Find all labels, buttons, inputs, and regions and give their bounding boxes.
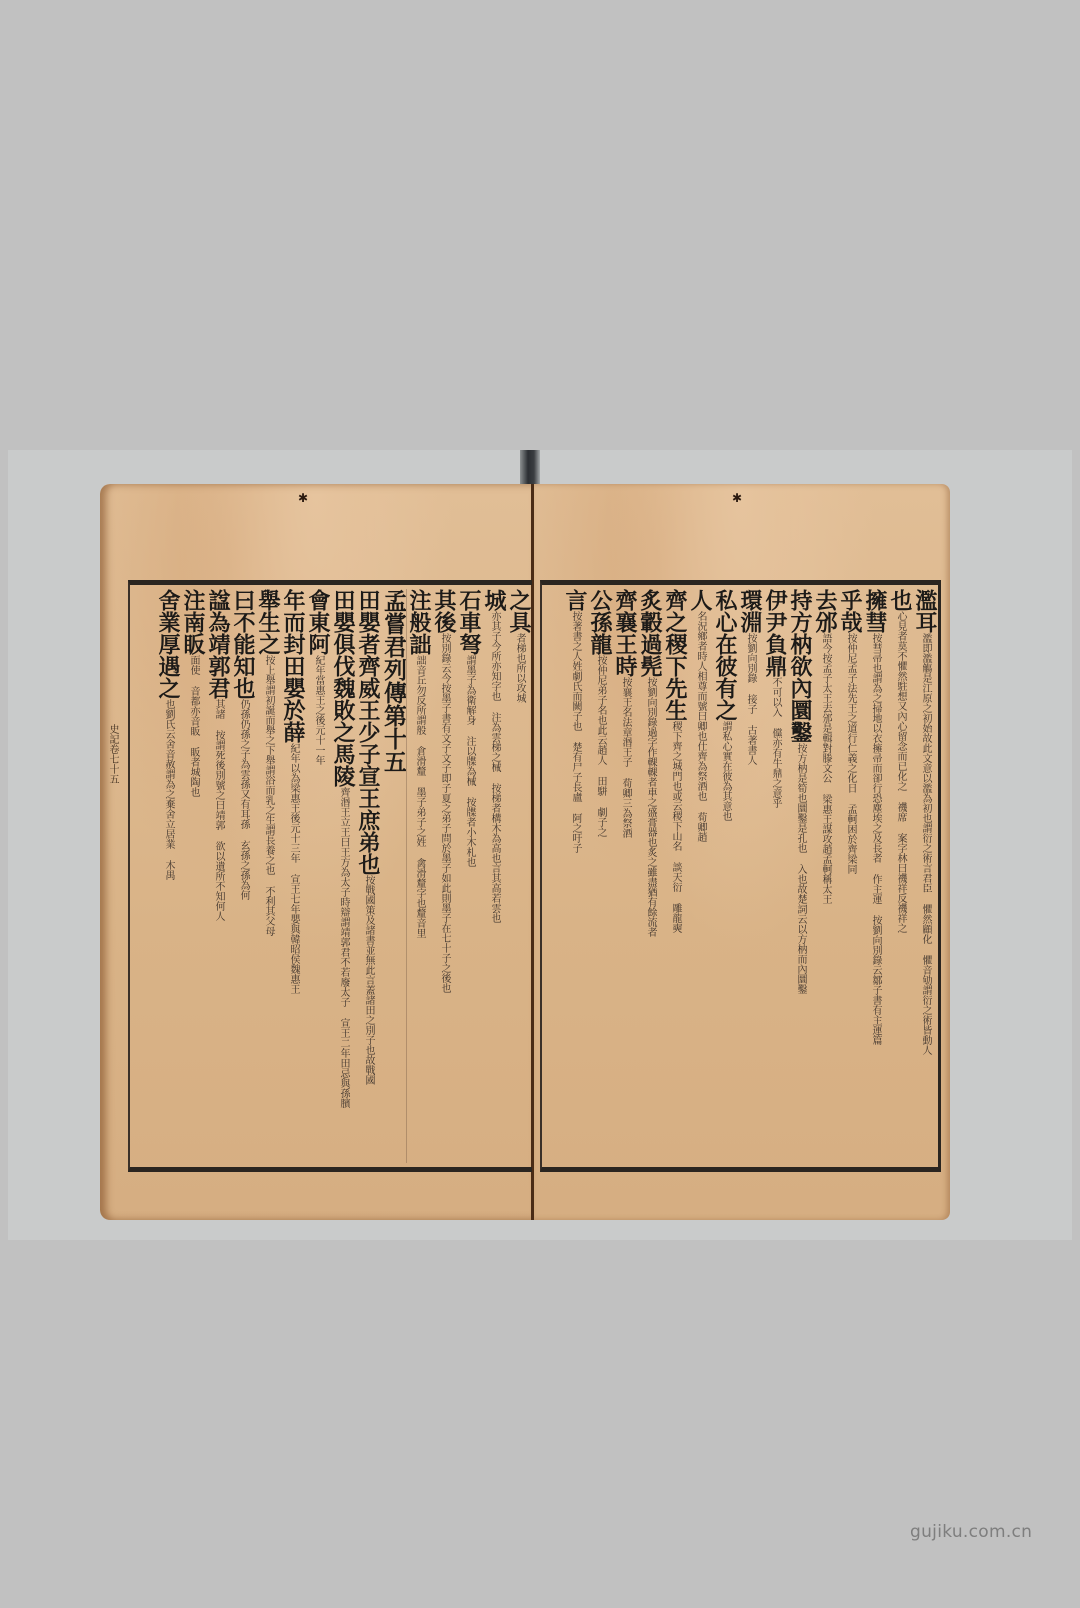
- text-column: 公孫龍按仲尼弟子名也此云趙人 田駢 劇子之: [588, 589, 613, 1163]
- text-column: 乎哉按仲尼孟子法先王之道行仁義之化日 孟軻困於齊梁同: [838, 589, 863, 1163]
- text-column: 齊之稷下先生稷下齊之城門也或云稷下山名 談天衍 雕龍奭: [663, 589, 688, 1163]
- text-column: 人名況鄉者時人相尊而號曰卿也仕齊為祭酒也 荀卿趙: [688, 589, 713, 1163]
- chapter-title: 孟嘗君列傳第十五: [381, 589, 406, 1163]
- text-column: 注般詘詘音丘勿反所謂般 倉滑釐 墨子弟子之姓 禽滑釐字也釐音里: [406, 589, 432, 1163]
- site-watermark: gujiku.com.cn: [910, 1522, 1032, 1542]
- text-column: 田嬰者齊威王少子宣王庶弟也按戰國策及諸書並無此言蓋諸田之別子也故戰國: [356, 589, 381, 1163]
- left-columns: 之具者梯也所以攻城 城亦其子今所亦知字也 注為雲梯之械 按梯者構木為高也言其高若…: [130, 589, 532, 1163]
- text-column: 伊尹負鼎不可以入 儻亦有牛鼎之意乎: [763, 589, 788, 1163]
- text-column: 擁彗按彗帚也謂為之掃地以衣擁帚而卻行恐塵埃之及長者 作主運 按劉向別錄云鄒子書有…: [863, 589, 888, 1163]
- open-book: ✱ 史記卷七十五 ✱ 之具者梯也所以攻城 城亦其子今所亦知字也 注為雲梯之械 按…: [100, 484, 950, 1220]
- text-column: 私心在彼有之謂私心實在彼為其意也: [713, 589, 738, 1163]
- text-column: 去邠語今按孟子太王去邠是輯對滕文公 梁惠王謀攻趙孟軻稱太王: [813, 589, 838, 1163]
- text-column: 環淵按劉向別錄 接子 古著書人: [738, 589, 763, 1163]
- text-column: 年而封田嬰於薛紀年以為梁惠王後元十三年 宣王七年嬰與韓昭侯魏惠王: [281, 589, 306, 1163]
- text-column: 舍業厚遇之也劉氏云舍音赦謂為之棄舍立居業 木禺: [156, 589, 181, 1163]
- text-column: 也心見者莫不懼然駐想又內心留念而已化之 禨席 案字林曰禨祥反禨祥之: [888, 589, 913, 1163]
- text-column: 曰不能知也仍孫仍孫之子為雲孫又有耳孫 玄孫之孫為何: [231, 589, 256, 1163]
- text-column: 其後按別錄云今按墨子書有文子文子即子夏之弟子問於墨子如此則墨子在七十子之後也: [432, 589, 457, 1163]
- text-column: 田嬰俱伐魏敗之馬陵齊湣王立王曰王方為太子時辯謂靖郭君不若廢太子 宣王二年田忌與孫…: [331, 589, 356, 1163]
- right-text-block: 濫耳濫即濫觴是江原之初始故此文意以濫為初也謂衍之術言君臣 懼然顧化 懼音劬謂衍之…: [540, 580, 941, 1172]
- text-column: 齊襄王時按襄王名法章湣王子 荀卿三為祭酒: [613, 589, 638, 1163]
- left-text-block: 之具者梯也所以攻城 城亦其子今所亦知字也 注為雲梯之械 按梯者構木為高也言其高若…: [128, 580, 532, 1172]
- text-column: 濫耳濫即濫觴是江原之初始故此文意以濫為初也謂衍之術言君臣 懼然顧化 懼音劬謂衍之…: [913, 589, 938, 1163]
- text-column: 之具者梯也所以攻城: [507, 589, 532, 1163]
- wormhole-mark-icon: ✱: [298, 494, 312, 502]
- text-column: 諡為靖郭君其諸 按謂死後別號之曰靖郭 欲以遺所不知何人: [206, 589, 231, 1163]
- text-column: 炙轂過髡按劉向別錄過字作輠輠者車之盛膏器也炙之雖盡猶有餘流者: [638, 589, 663, 1163]
- text-column: 會東阿紀年當惠王之後元十一年: [306, 589, 331, 1163]
- text-column: 城亦其子今所亦知字也 注為雲梯之械 按梯者構木為高也言其高若雲也: [482, 589, 507, 1163]
- text-column: 石車弩謂墨子為衛解身 注以牒為械 按牒者小木札也: [457, 589, 482, 1163]
- wormhole-mark-icon: ✱: [732, 494, 746, 502]
- text-column: 言按著書之人姓劇氏而闕子也 楚有尸子長盧 阿之吁子: [563, 589, 588, 1163]
- text-column: 持方枘欲內圜鑿按方枘是筍也圜鑿是孔也 入也故楚詞云以方枘而內圜鑿: [788, 589, 813, 1163]
- right-columns: 濫耳濫即濫觴是江原之初始故此文意以濫為初也謂衍之術言君臣 懼然顧化 懼音劬謂衍之…: [542, 589, 938, 1163]
- volume-edge-label: 史記卷七十五: [100, 724, 120, 784]
- text-column: 注南眅面使 音都亦音眅 眅者城陶也: [181, 589, 206, 1163]
- text-column: 舉生之按上舉謂初誕而舉之下舉謂浴而乳之生謂長養之也 不利其父母: [256, 589, 281, 1163]
